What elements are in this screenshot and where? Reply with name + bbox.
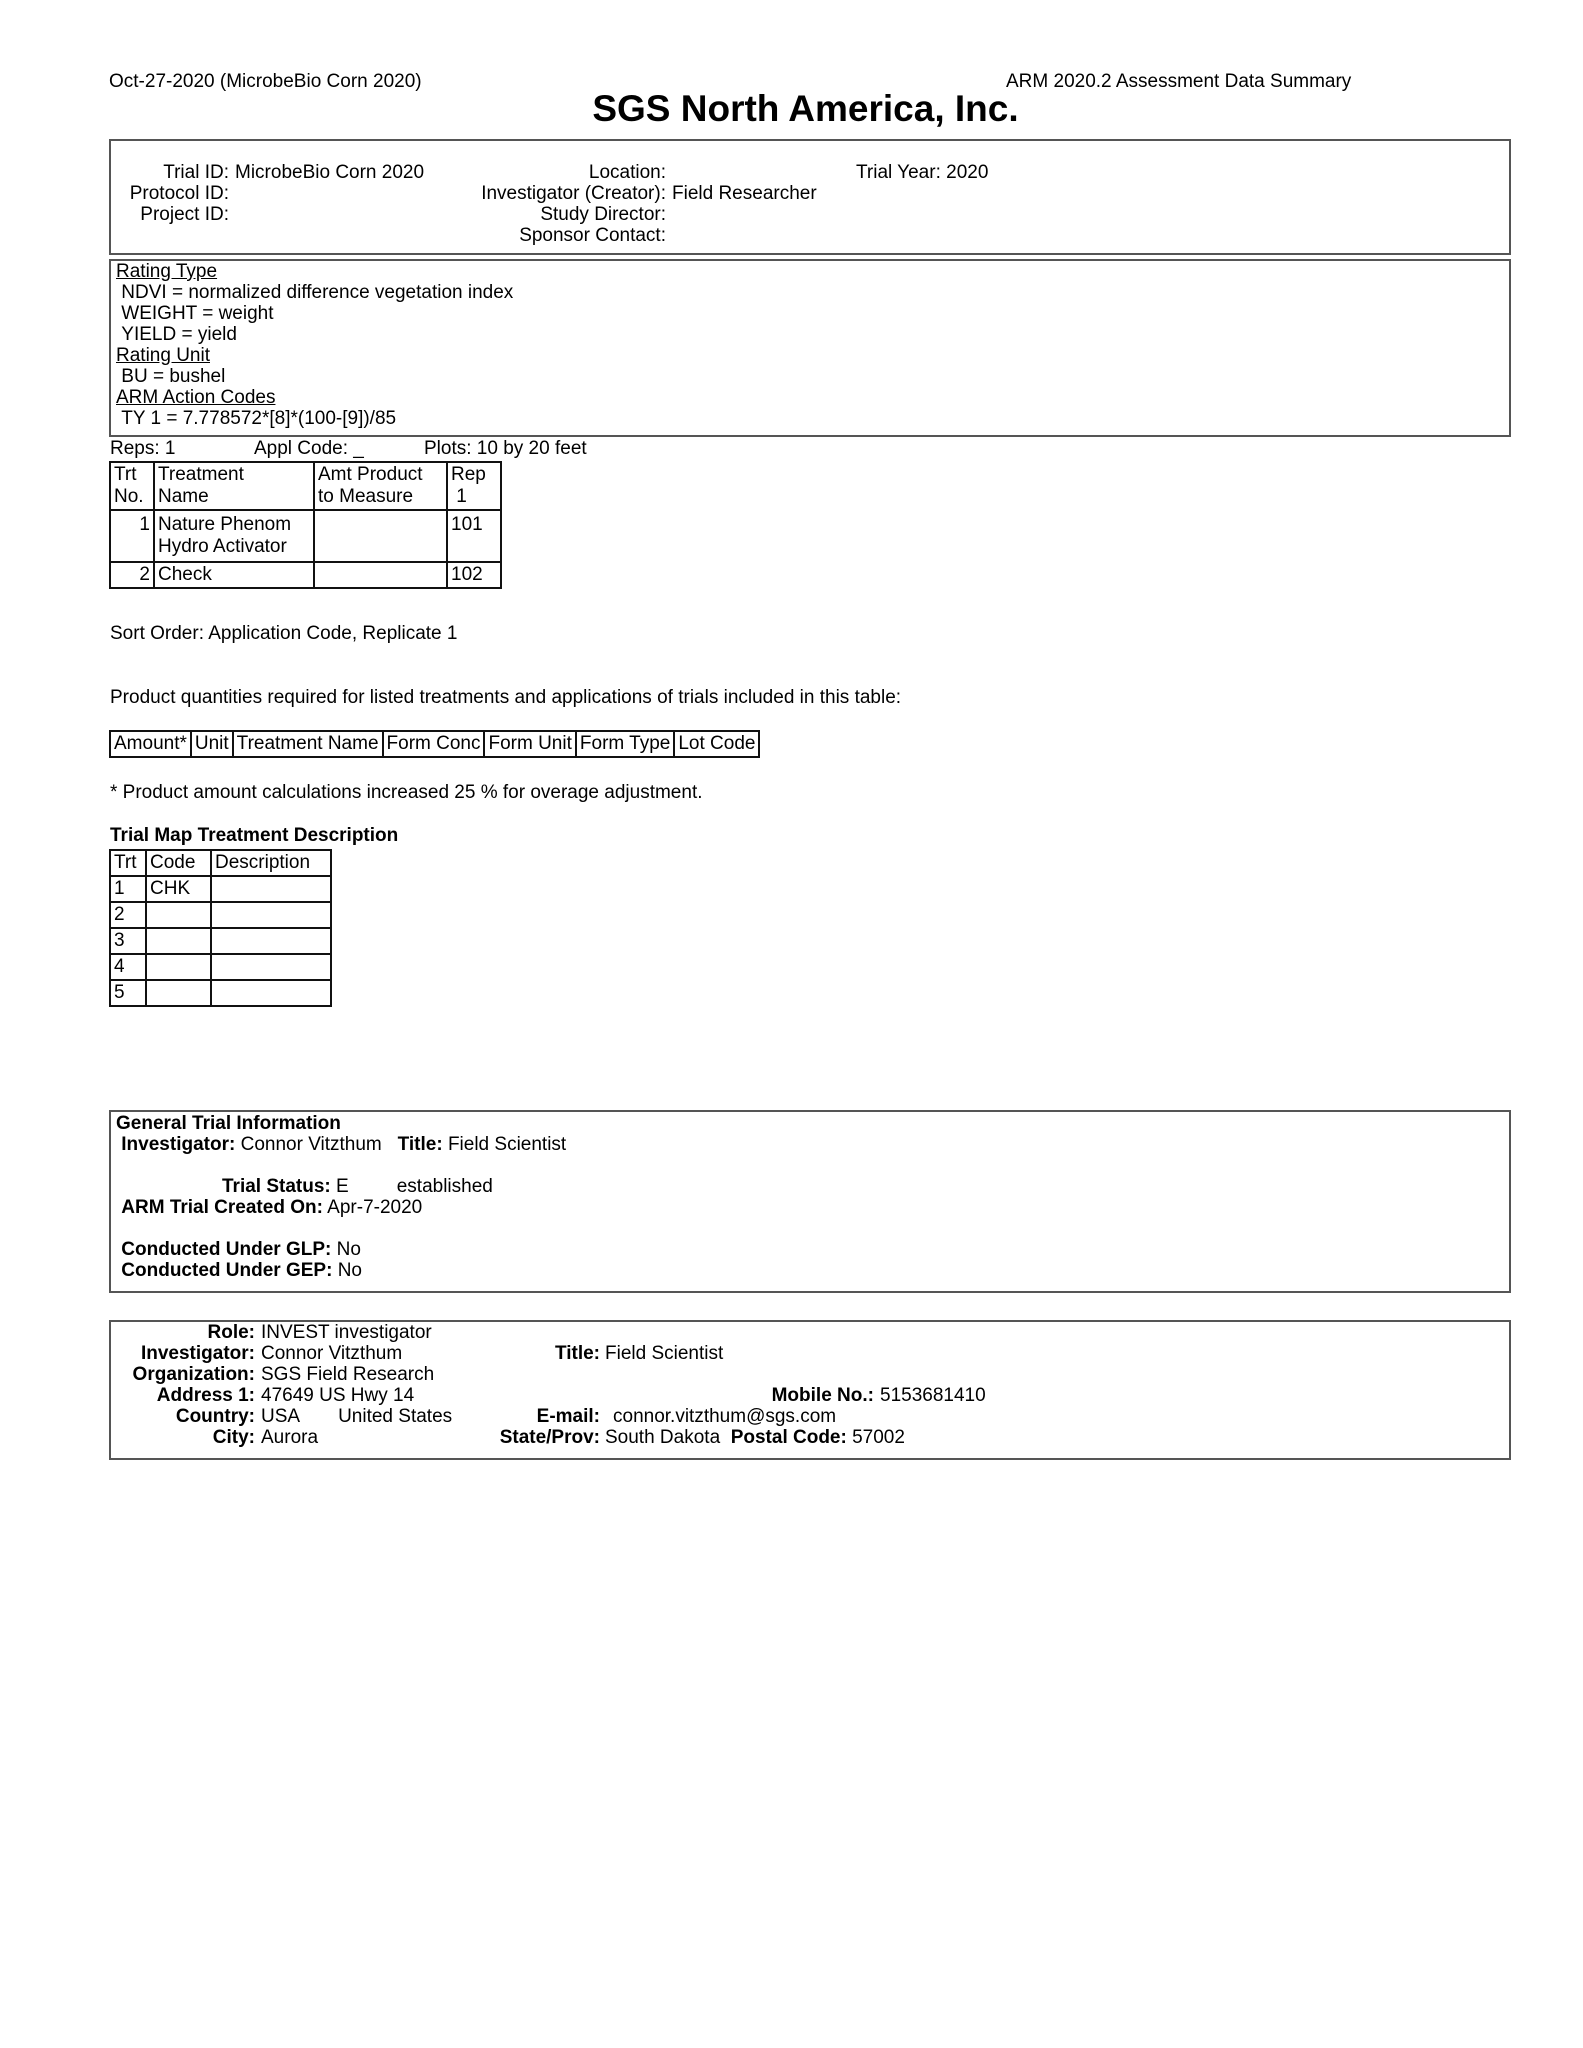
rating-type-ndvi: NDVI = normalized difference vegetation … [116, 282, 513, 303]
trt-no: 1 [110, 510, 154, 562]
table-row: 4 [110, 954, 331, 980]
city-value: Aurora [261, 1427, 452, 1448]
table-row: 2 Check 102 [110, 562, 501, 588]
contact-labels-mid: Title: E-mail: State/Prov: [460, 1322, 600, 1448]
trial-map-header: Trt Code Description [110, 850, 331, 876]
trt: 3 [110, 928, 146, 954]
general-trial-info: General Trial Information Investigator: … [116, 1113, 566, 1281]
header-lot-code: Lot Code [674, 731, 759, 757]
organization-label: Organization: [112, 1364, 255, 1385]
address-label: Address 1: [112, 1385, 255, 1406]
contact-investigator-label: Investigator: [112, 1343, 255, 1364]
appl-code-info: Appl Code: _ [254, 438, 364, 460]
trial-year-label: Trial Year: [856, 162, 941, 183]
city-label: City: [112, 1427, 255, 1448]
header-form-conc: Form Conc [383, 731, 485, 757]
trial-id-value: MicrobeBio Corn 2020 [235, 162, 424, 183]
header-trt: Trt [110, 850, 146, 876]
rating-type-heading: Rating Type [116, 261, 513, 282]
organization-value: SGS Field Research [261, 1364, 452, 1385]
rating-unit-bu: BU = bushel [116, 366, 513, 387]
table-row: 3 [110, 928, 331, 954]
country-label: Country: [112, 1406, 255, 1427]
mobile-value: 5153681410 [880, 1385, 986, 1406]
email-value[interactable]: connor.vitzthum@sgs.com [605, 1406, 905, 1427]
study-director-value [672, 204, 817, 225]
code [146, 954, 211, 980]
treatment-name: Check [154, 562, 314, 588]
study-director-label: Study Director: [430, 204, 666, 225]
trial-info-values-mid: Field Researcher [672, 162, 817, 246]
contact-mobile: Mobile No.: [770, 1385, 874, 1406]
overage-footnote: * Product amount calculations increased … [110, 782, 703, 804]
trial-info-labels-left: Trial ID: Protocol ID: Project ID: [116, 162, 229, 225]
trt: 5 [110, 980, 146, 1006]
trt: 1 [110, 876, 146, 902]
role-label: Role: [112, 1322, 255, 1343]
company-title-text: SGS North America, Inc. [592, 88, 1018, 129]
trial-info-values-left: MicrobeBio Corn 2020 [235, 162, 424, 225]
code [146, 980, 211, 1006]
location-value [672, 162, 817, 183]
description [211, 902, 331, 928]
trial-created-on: ARM Trial Created On: Apr-7-2020 [116, 1197, 566, 1218]
rating-definitions: Rating Type NDVI = normalized difference… [116, 261, 513, 429]
trt: 2 [110, 902, 146, 928]
product-quantities-intro: Product quantities required for listed t… [110, 687, 901, 709]
sponsor-contact-value [672, 225, 817, 246]
trial-status: Trial Status: Eestablished [116, 1176, 566, 1197]
project-id-label: Project ID: [116, 204, 229, 225]
contact-investigator-value: Connor Vitzthum [261, 1343, 452, 1364]
header-form-type: Form Type [576, 731, 674, 757]
rating-unit-heading: Rating Unit [116, 345, 513, 366]
postal-value: 57002 [852, 1427, 905, 1448]
trial-year-value: 2020 [946, 162, 988, 183]
conducted-under-glp: Conducted Under GLP: No [116, 1239, 566, 1260]
general-info-heading: General Trial Information [116, 1113, 566, 1134]
conducted-under-gep: Conducted Under GEP: No [116, 1260, 566, 1281]
protocol-id-value [235, 183, 424, 204]
header-amt-product: Amt Productto Measure [314, 462, 447, 510]
header-code: Code [146, 850, 211, 876]
treatment-table: TrtNo. TreatmentName Amt Productto Measu… [109, 461, 502, 589]
trial-info-labels-mid: Location: Investigator (Creator): Study … [430, 162, 666, 246]
trial-id-label: Trial ID: [116, 162, 229, 183]
address-value: 47649 US Hwy 14 [261, 1385, 452, 1406]
description [211, 928, 331, 954]
amt-product [314, 510, 447, 562]
protocol-id-label: Protocol ID: [116, 183, 229, 204]
investigator-creator-value: Field Researcher [672, 183, 817, 204]
header-amount: Amount* [110, 731, 191, 757]
rating-type-yield: YIELD = yield [116, 324, 513, 345]
treatment-table-header: TrtNo. TreatmentName Amt Productto Measu… [110, 462, 501, 510]
description [211, 980, 331, 1006]
table-row: 5 [110, 980, 331, 1006]
plots-info: Plots: 10 by 20 feet [424, 438, 587, 460]
reps-info: Reps: 1 [110, 438, 175, 460]
header-description: Description [211, 850, 331, 876]
header-form-unit: Form Unit [484, 731, 575, 757]
amt-product [314, 562, 447, 588]
state-postal-value: South Dakota Postal Code: 57002 [605, 1427, 905, 1448]
header-trt-no: TrtNo. [110, 462, 154, 510]
code: CHK [146, 876, 211, 902]
trial-year: Trial Year: 2020 [856, 162, 988, 183]
country-value: USAUnited States [261, 1406, 452, 1427]
rating-type-weight: WEIGHT = weight [116, 303, 513, 324]
product-quantities-table: Amount* Unit Treatment Name Form Conc Fo… [109, 730, 760, 758]
contact-title-label: Title: [460, 1343, 600, 1364]
header-unit: Unit [191, 731, 233, 757]
email-label: E-mail: [460, 1406, 600, 1427]
state-value: South Dakota [605, 1427, 720, 1448]
sort-order: Sort Order: Application Code, Replicate … [110, 623, 457, 645]
trt: 4 [110, 954, 146, 980]
code [146, 902, 211, 928]
table-row: 2 [110, 902, 331, 928]
contact-labels-left: Role: Investigator: Organization: Addres… [112, 1322, 255, 1448]
general-investigator: Investigator: Connor Vitzthum Title: Fie… [116, 1134, 566, 1155]
action-codes-heading: ARM Action Codes [116, 387, 513, 408]
project-id-value [235, 204, 424, 225]
rep-1-plot: 101 [447, 510, 501, 562]
header-rep-1: Rep 1 [447, 462, 501, 510]
description [211, 954, 331, 980]
table-row: 1 Nature PhenomHydro Activator 101 [110, 510, 501, 562]
table-row: 1CHK [110, 876, 331, 902]
code [146, 928, 211, 954]
trial-map-table: Trt Code Description 1CHK 2 3 4 5 [109, 849, 332, 1007]
trial-map-title: Trial Map Treatment Description [110, 825, 398, 847]
mobile-value-wrap: 5153681410 [880, 1385, 986, 1406]
mobile-label: Mobile No.: [770, 1385, 874, 1406]
role-value: INVEST investigator [261, 1322, 452, 1343]
state-label: State/Prov: [460, 1427, 600, 1448]
action-code-ty1: TY 1 = 7.778572*[8]*(100-[9])/85 [116, 408, 513, 429]
description [211, 876, 331, 902]
trt-no: 2 [110, 562, 154, 588]
rep-1-plot: 102 [447, 562, 501, 588]
investigator-creator-label: Investigator (Creator): [430, 183, 666, 204]
header-treatment-name: TreatmentName [154, 462, 314, 510]
company-title: SGS North America, Inc. [0, 88, 1583, 130]
contact-title-value: Field Scientist [605, 1343, 905, 1364]
header-treatment-name: Treatment Name [233, 731, 383, 757]
treatment-name: Nature PhenomHydro Activator [154, 510, 314, 562]
postal-label: Postal Code: [731, 1427, 847, 1448]
location-label: Location: [430, 162, 666, 183]
sponsor-contact-label: Sponsor Contact: [430, 225, 666, 246]
contact-values-left: INVEST investigator Connor Vitzthum SGS … [261, 1322, 452, 1448]
product-quantities-header: Amount* Unit Treatment Name Form Conc Fo… [110, 731, 759, 757]
